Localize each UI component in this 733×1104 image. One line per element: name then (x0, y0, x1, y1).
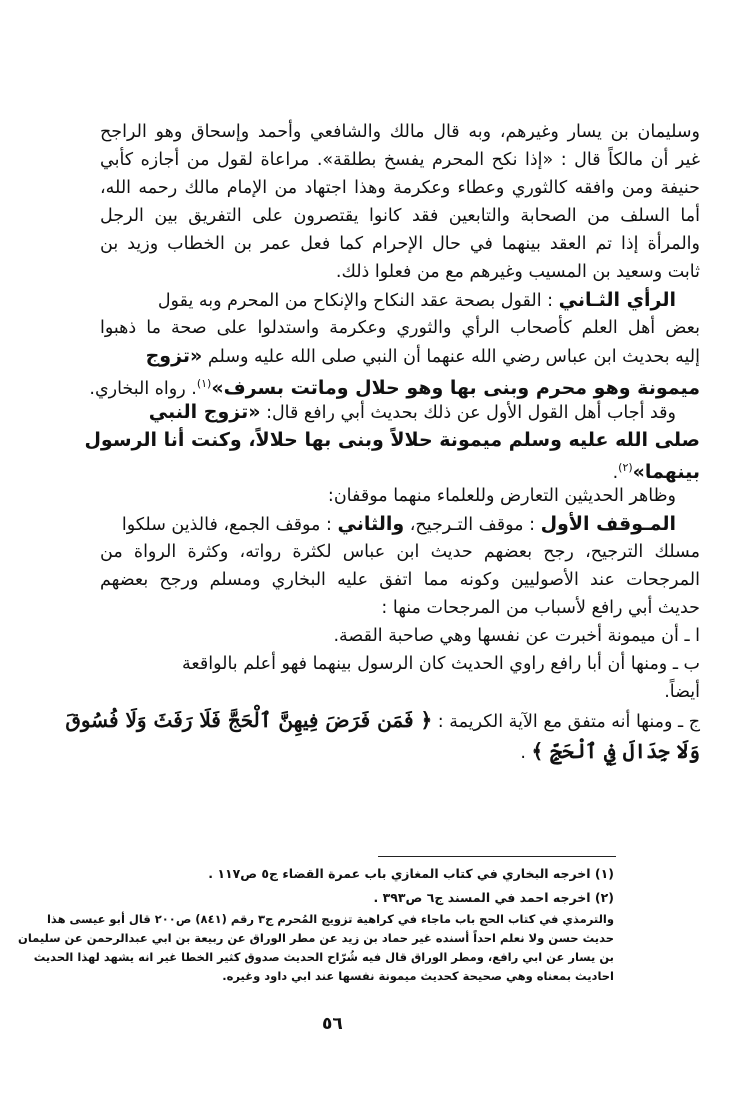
footnote-2-continued: حديث حسن ولا نعلم احداً أسنده غير حماد ب… (100, 929, 614, 948)
text-line: المرجحات عند الأصوليين وكونه مما اتفق عل… (100, 566, 700, 594)
reason-a: ا ـ أن ميمونة أخبرت عن نفسها وهي صاحبة ا… (100, 622, 700, 650)
text-line: حنيفة ومن وافقه كالثوري وعطاء وعكرمة وهذ… (100, 174, 700, 202)
footnote-1: (١) اخرجه البخاري في كتاب المغازي باب عم… (100, 862, 614, 886)
footnote-ref-1[interactable]: (١) (197, 377, 212, 390)
text-line: صلى الله عليه وسلم ميمونة حلالاً وبنى به… (100, 426, 700, 454)
page-number: ٥٦ (322, 1014, 343, 1034)
footnotes: (١) اخرجه البخاري في كتاب المغازي باب عم… (100, 862, 614, 986)
text-line: والمرأة إذا تم العقد بينهما في حال الإحر… (100, 230, 700, 258)
opinion-two-line: الرأي الثـاني : القول بصحة عقد النكاح وا… (100, 286, 700, 314)
text-line: غير أن مالكاً قال : «إذا نكح المحرم يفسخ… (100, 146, 700, 174)
second-position-label: والثاني (337, 513, 404, 535)
text-line: وظاهر الحديثين التعارض وللعلماء منهما مو… (100, 482, 700, 510)
reply-line: وقد أجاب أهل القول الأول عن ذلك بحديث أب… (100, 398, 700, 426)
main-text: وسليمان بن يسار وغيرهم، وبه قال مالك وال… (100, 118, 700, 768)
footnote-2-continued: والترمذي في كتاب الحج باب ماجاء في كراهي… (100, 910, 614, 929)
positions-line: المـوقف الأول : موقف التـرجيح، والثاني :… (100, 510, 700, 538)
quran-verse: ﴿ فَمَن فَرَضَ فِيهِنَّ ٱلْحَجَّ فَلَا ر… (65, 708, 432, 732)
text-line: وسليمان بن يسار وغيرهم، وبه قال مالك وال… (100, 118, 700, 146)
footnote-2: (٢) اخرجه احمد في المسند ج٦ ص٣٩٣ . (100, 886, 614, 910)
text-line: مسلك الترجيح، رجح بعضهم حديث ابن عباس لك… (100, 538, 700, 566)
text-line: ميمونة وهو محرم وبنى بها وهو حلال وماتت … (100, 370, 700, 398)
text-line: بعض أهل العلم كأصحاب الرأي والثوري وعكرم… (100, 314, 700, 342)
text-line: إليه بحديث ابن عباس رضي الله عنهما أن ال… (100, 342, 700, 370)
opinion-two-heading: الرأي الثـاني (559, 289, 676, 311)
footnote-ref-2[interactable]: (٢) (618, 461, 633, 474)
text-line: ثابت وسعيد بن المسيب وغيرهم مع من فعلوا … (100, 258, 700, 286)
text-line: حديث أبي رافع لأسباب من المرجحات منها : (100, 594, 700, 622)
verse-continued: وَلَا جِدَالَ فِي ٱلْحَجِّ ﴾ . (100, 734, 700, 768)
reason-c: ج ـ ومنها أنه متفق مع الآية الكريمة : ﴿ … (100, 706, 700, 734)
text-line: بينهما»(٢). (100, 454, 700, 482)
footnote-2-continued: احاديث بمعناه وهي صحيحة كحديث ميمونة نفس… (100, 967, 614, 986)
first-position-label: المـوقف الأول (541, 513, 676, 535)
reason-b: ب ـ ومنها أن أبا رافع راوي الحديث كان ال… (100, 650, 700, 678)
reason-b-continued: أيضاً. (100, 678, 700, 706)
footnote-separator (378, 856, 616, 857)
footnote-2-continued: بن يسار عن ابي رافع، ومطر الوراق قال فيه… (100, 948, 614, 967)
text-line: أما السلف من الصحابة والتابعين فقد كانوا… (100, 202, 700, 230)
